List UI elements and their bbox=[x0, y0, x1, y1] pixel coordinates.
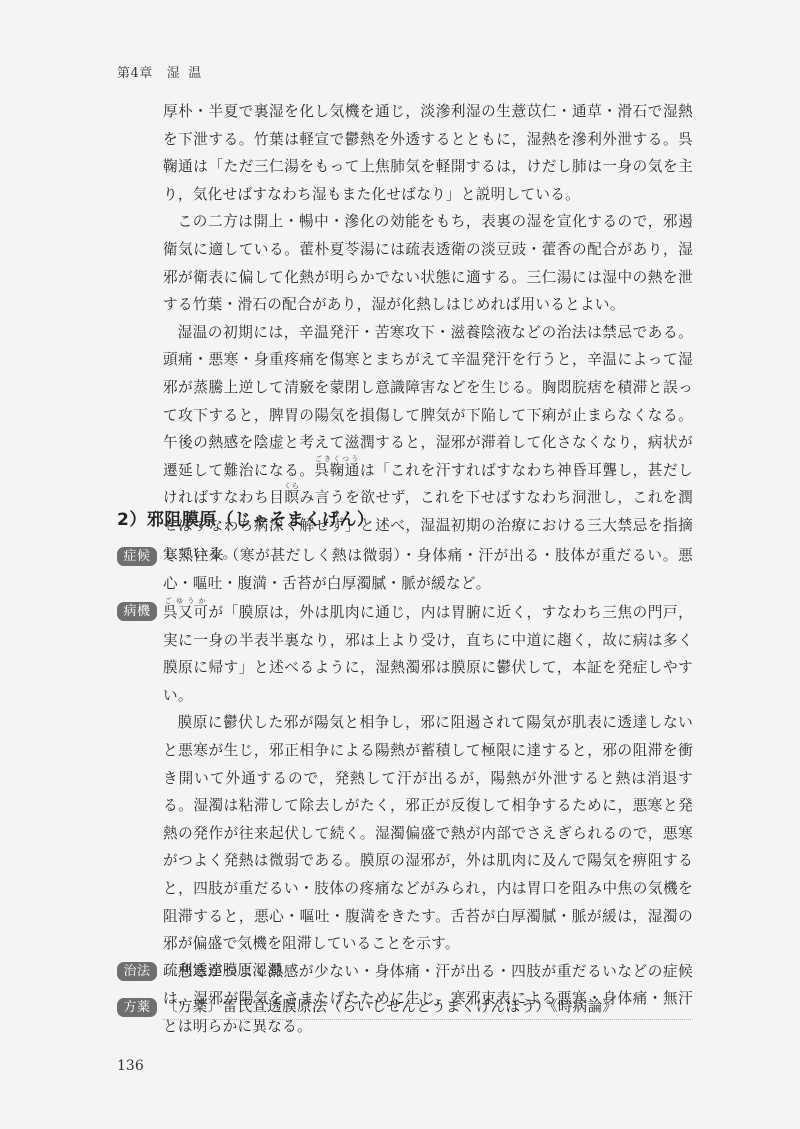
running-head: 第4章湿温 bbox=[117, 62, 202, 81]
formula-text: 〔方薬〕雷氏宣透膜原法（らいしせんとうまくげんほう）《時病論》 bbox=[163, 993, 693, 1021]
symptoms-text: 寒熱往来（寒が甚だしく熱は微弱）・身体痛・汗が出る・肢体が重だるい。悪心・嘔吐・… bbox=[163, 542, 693, 597]
paragraph: 膜原に鬱伏した邪が陽気と相争し，邪に阻遏されて陽気が肌表に透達しないと悪寒が生じ… bbox=[163, 709, 693, 957]
entry-symptoms: 症候 寒熱往来（寒が甚だしく熱は微弱）・身体痛・汗が出る・肢体が重だるい。悪心・… bbox=[117, 542, 693, 597]
entry-formula: 方薬 〔方薬〕雷氏宣透膜原法（らいしせんとうまくげんほう）《時病論》 bbox=[117, 993, 693, 1021]
label-badge-pathology: 病機 bbox=[117, 602, 157, 621]
ruby-annotation: 瞑くら bbox=[284, 489, 299, 506]
label-badge-symptoms: 症候 bbox=[117, 547, 157, 566]
label-badge-formula: 方薬 bbox=[117, 998, 157, 1017]
chapter-number: 第4章 bbox=[117, 66, 153, 81]
section-heading: 2）邪阻膜原（じゃそまくげん） bbox=[117, 505, 374, 530]
paragraph: この二方は開上・暢中・滲化の効能をもち，表裏の湿を宣化するので，邪遏衛気に適して… bbox=[163, 208, 693, 318]
treatment-text: 疏利透達膜原湿濁 bbox=[163, 957, 693, 985]
page-number: 136 bbox=[117, 1058, 144, 1074]
entry-treatment: 治法 疏利透達膜原湿濁 bbox=[117, 957, 693, 985]
chapter-title-char-2: 温 bbox=[188, 66, 202, 81]
ruby-annotation: 呉鞠通ごきくつう bbox=[315, 462, 360, 479]
paragraph: 厚朴・半夏で裏湿を化し気機を通じ，淡滲利湿の生薏苡仁・通草・滑石で湿熱を下泄する… bbox=[163, 98, 693, 208]
book-page: 第4章湿温 厚朴・半夏で裏湿を化し気機を通じ，淡滲利湿の生薏苡仁・通草・滑石で湿… bbox=[0, 0, 800, 1129]
ruby-annotation: 呉又可ごゆうか bbox=[163, 604, 208, 621]
paragraph-with-ruby: 呉又可ごゆうかが「膜原は，外は肌肉に通じ，内は胃腑に近く，すなわち三焦の門戸，実… bbox=[163, 604, 693, 704]
chapter-title-char-1: 湿 bbox=[167, 66, 181, 81]
label-badge-treatment: 治法 bbox=[117, 962, 157, 981]
intro-text-block: 厚朴・半夏で裏湿を化し気機を通じ，淡滲利湿の生薏苡仁・通草・滑石で湿熱を下泄する… bbox=[163, 98, 693, 567]
dotted-divider bbox=[163, 1019, 693, 1020]
